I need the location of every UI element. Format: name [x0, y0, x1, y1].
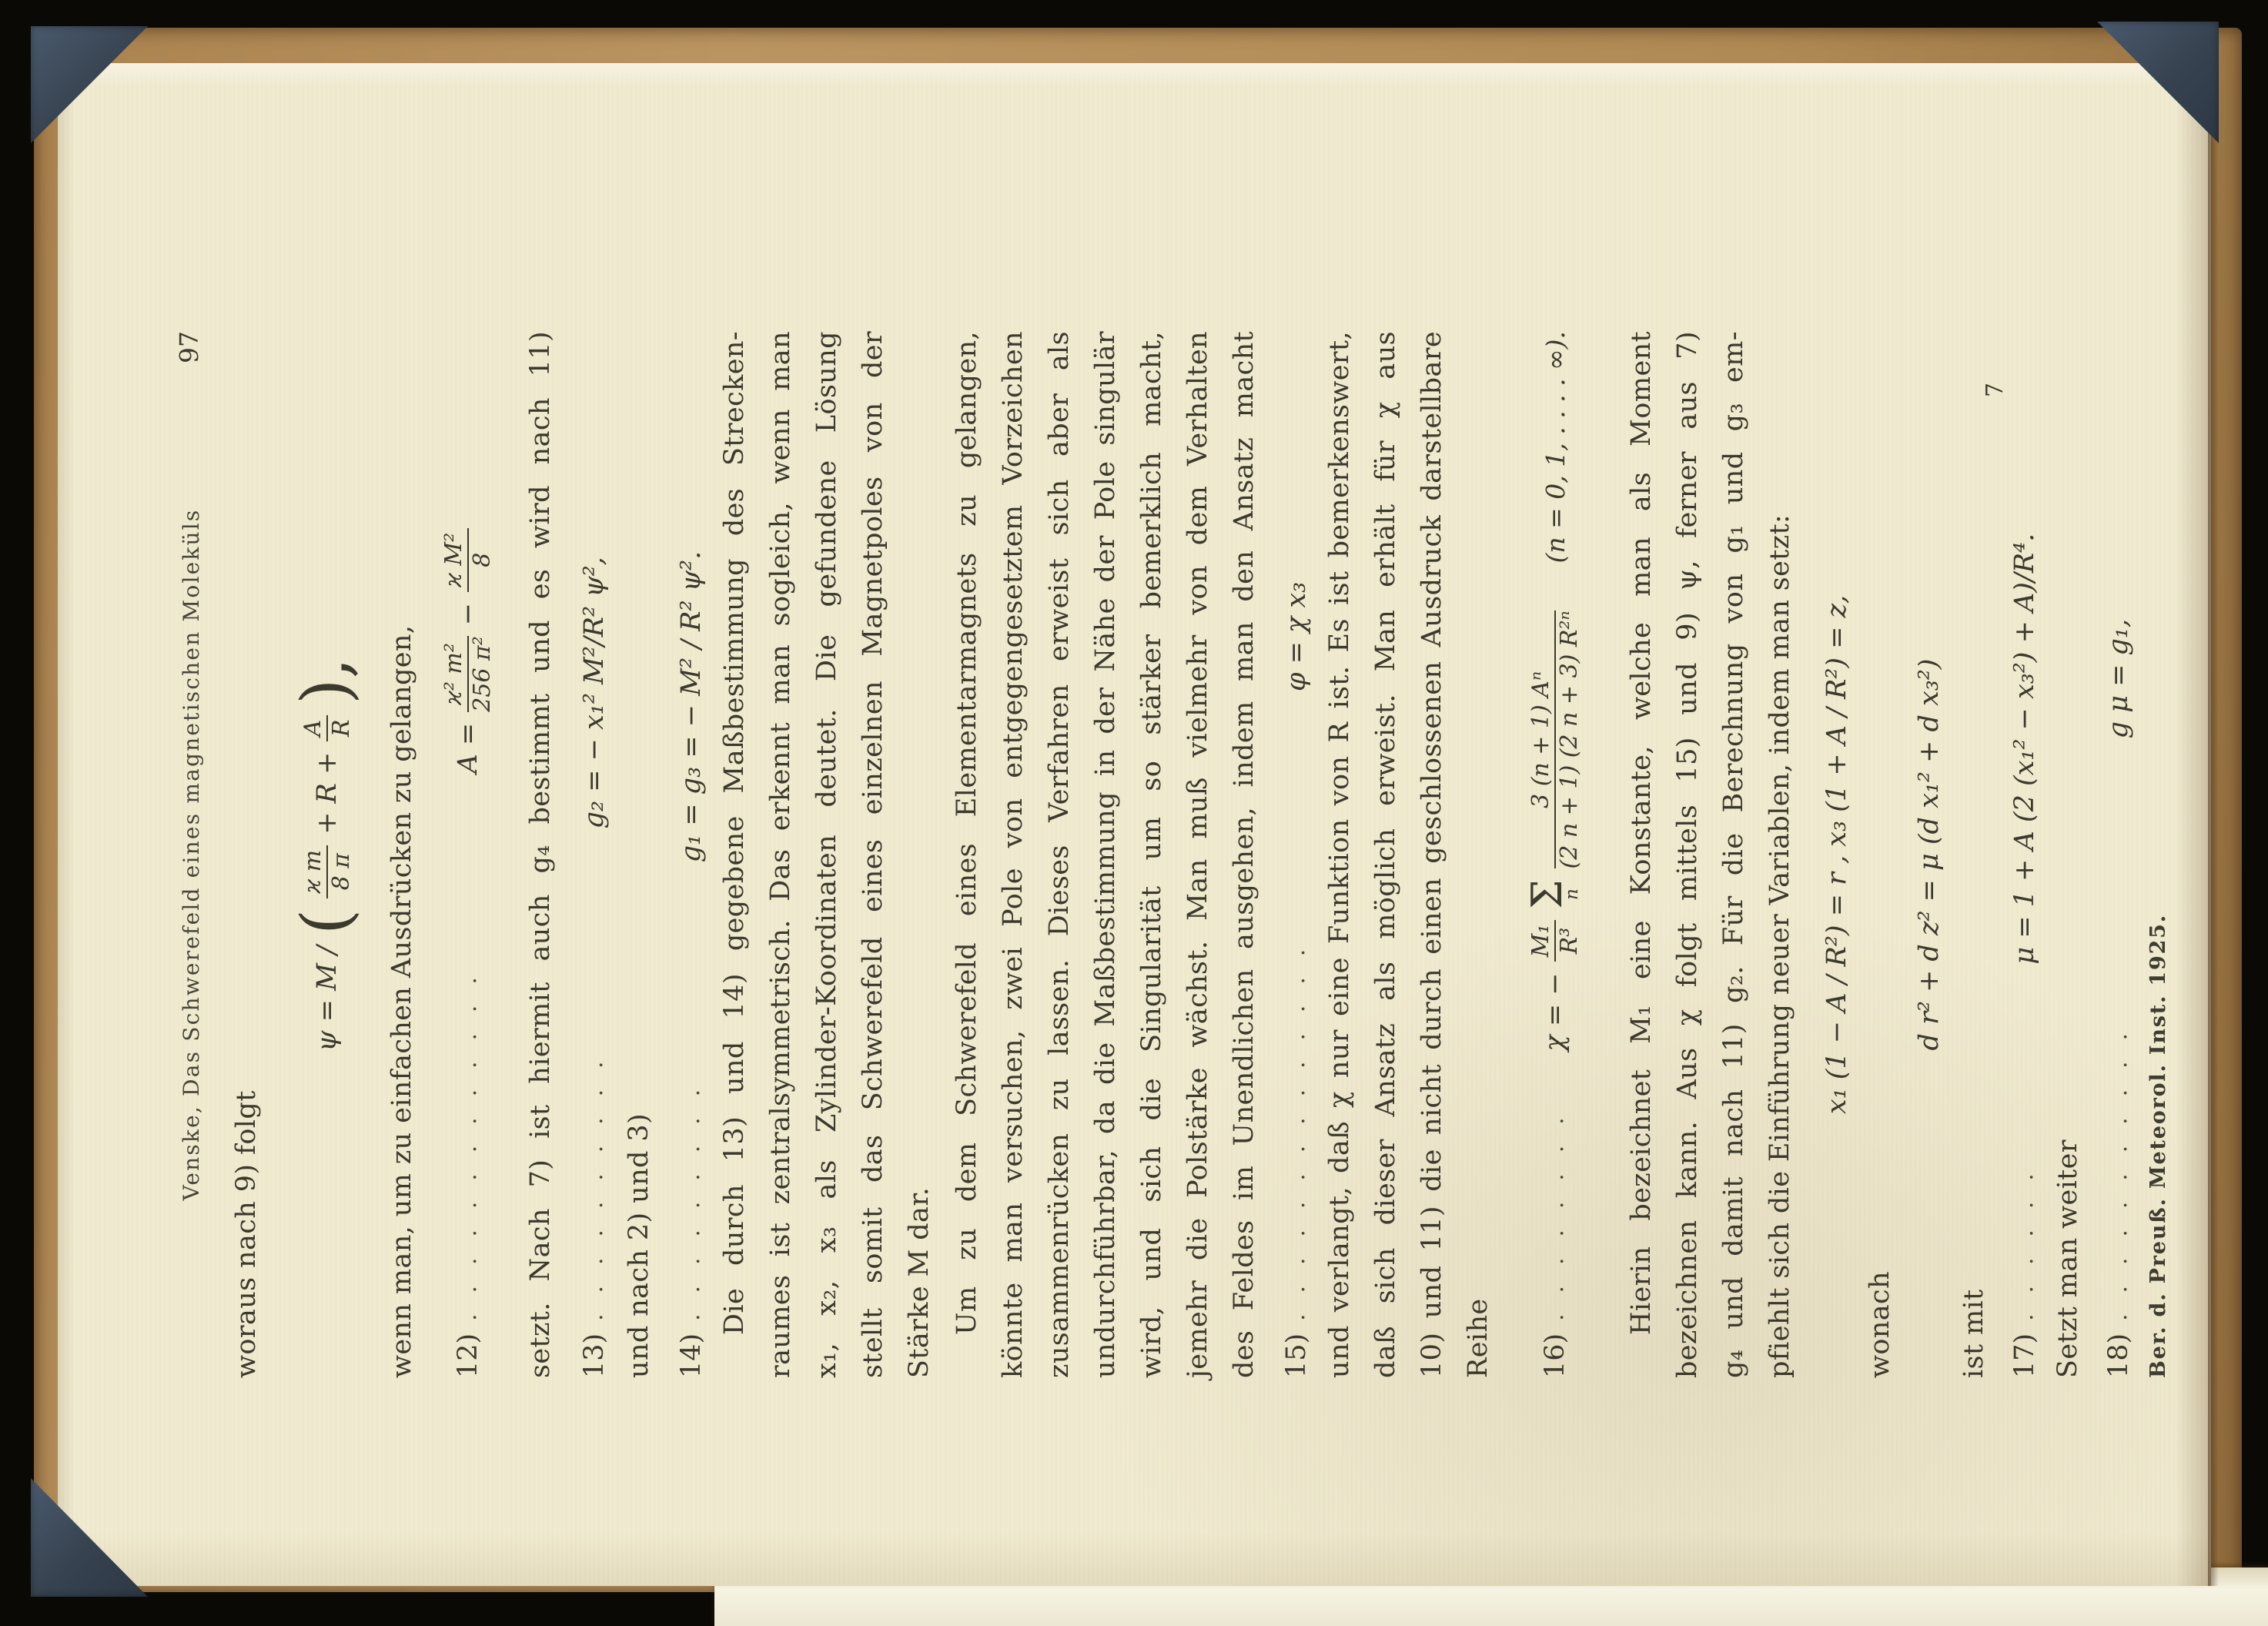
body-line: könnte man versuchen, zwei Pole von entg… — [996, 331, 1031, 1378]
equation-12: 12) . . . . . . . . . . . . . A = ϰ² m²2… — [422, 331, 514, 1378]
equation-label: 14) — [676, 1333, 707, 1378]
body-line: Die durch 13) und 14) gegebene Maßbestim… — [718, 331, 752, 1378]
equation-label: 18) — [2103, 1333, 2134, 1378]
running-head-title: Venske, Das Schwerefeld eines magnetisch… — [179, 331, 204, 1378]
body-line: undurchführbar, da die Maßbestimmung in … — [1089, 331, 1123, 1378]
equation-15: 15) . . . . . . . . . . . . . . φ = χ x₃ — [1275, 331, 1318, 1378]
body-line: stellt somit das Schwerefeld eines einze… — [856, 331, 891, 1378]
body-line: wird, und sich die Singularität um so st… — [1135, 331, 1169, 1378]
equation-18: 18) . . . . . . . . . . . g μ = g₁, — [2097, 331, 2140, 1378]
body-line: des Feldes im Unendlichen ausgehen, inde… — [1227, 331, 1262, 1378]
body-line: Setzt man weiter — [2051, 331, 2086, 1378]
body-line: wenn man, um zu einfachen Ausdrücken zu … — [385, 331, 420, 1378]
equation-17: 17) . . . . . . μ = 1 + A (2 (x₁² − x₃²)… — [2003, 331, 2046, 1378]
body-line: Stärke M dar. — [902, 331, 937, 1378]
body-line: woraus nach 9) folgt — [229, 331, 264, 1378]
body-line: 10) und 11) die nicht durch einen geschl… — [1415, 331, 1450, 1378]
equation-14: 14) . . . . . . . . . g₁ = g₃ = − M² / R… — [670, 331, 713, 1378]
equation-16-range: (n = 0, 1, . . . . ∞). — [1540, 331, 1571, 563]
equation-leader-dots: . . . . . . . . — [1542, 1111, 1568, 1321]
equation-leader-dots: . . . . . . . . . . . . . . — [1283, 942, 1310, 1321]
body-line: x₁, x₂, x₃ als Zylinder-Koordinaten deut… — [810, 331, 845, 1378]
page-content-rotated: Venske, Das Schwerefeld eines magnetisch… — [0, 0, 2268, 1626]
body-line: Hierin bezeichnet M₁ eine Konstante, wel… — [1624, 331, 1659, 1378]
equation-leader-dots: . . . . . . . . . . . — [2106, 1026, 2132, 1321]
fraction: 3 (n + 1) Aⁿ(2 n + 1) (2 n + 3) R²ⁿ — [1527, 611, 1584, 868]
equation-13: 13) . . . . . . . . . . g₂ = − x₁² M²/R²… — [573, 331, 616, 1378]
body-line: und nach 2) und 3) — [622, 331, 657, 1378]
body-line: daß sich dieser Ansatz als möglich erwei… — [1369, 331, 1403, 1378]
fraction: AR — [299, 715, 356, 741]
paren-close: ), — [297, 657, 356, 704]
signature-mark: 7 — [1982, 383, 2009, 397]
equation-label: 13) — [579, 1333, 610, 1378]
body-line: bezeichnen kann. Aus χ folgt mittels 15)… — [1671, 331, 1705, 1378]
body-line: zusammenrücken zu lassen. Dieses Verfahr… — [1042, 331, 1077, 1378]
body-line: Um zu dem Schwerefeld eines Elementarmag… — [950, 331, 985, 1378]
equation-psi: ψ = M / ( ϰ m8 π + R + AR ), — [279, 331, 376, 1378]
body-line: pfiehlt sich die Einführung neuer Variab… — [1763, 331, 1798, 1378]
equation-label: 16) — [1540, 1333, 1571, 1378]
fraction: ϰ M²8 — [440, 528, 497, 592]
summation-sign: Σn — [1530, 879, 1580, 908]
body-line: setzt. Nach 7) ist hiermit auch g₄ besti… — [524, 331, 558, 1378]
running-head: Venske, Das Schwerefeld eines magnetisch… — [179, 331, 204, 1378]
fraction: M₁R³ — [1527, 920, 1584, 962]
eq-psi-lhs: ψ = M / — [312, 945, 343, 1052]
equation-leader-dots: . . . . . . . . . . . . . — [455, 970, 481, 1320]
fraction: ϰ m8 π — [299, 845, 356, 898]
equation-label: 17) — [2009, 1333, 2040, 1378]
equation-leader-dots: . . . . . . . . . — [678, 1082, 704, 1321]
body-line: ist mit — [1957, 331, 1992, 1378]
footer-imprint: Ber. d. Preuß. Meteorol. Inst. 1925. — [2146, 914, 2170, 1378]
paren-open: ( — [297, 909, 356, 935]
equation-leader-dots: . . . . . . — [2012, 1166, 2038, 1320]
eq-psi-mid: + R + — [312, 752, 343, 835]
body-line: wonach — [1863, 331, 1898, 1378]
body-line: g₄ und damit nach 11) g₂. Für die Berech… — [1717, 331, 1751, 1378]
equation-dr: d r² + d z² = μ (d x₁² + d x₃²) — [1908, 331, 1951, 1378]
equation-label: 12) — [453, 1333, 483, 1378]
equation-16: 16) . . . . . . . . χ = − M₁R³ Σn 3 (n +… — [1495, 331, 1615, 1378]
body-line: und verlangt, daß χ nur eine Funktion vo… — [1323, 331, 1357, 1378]
equation-x1z: x₁ (1 − A / R²) = r , x₃ (1 + A / R²) = … — [1815, 331, 1858, 1378]
body-line: raumes ist zentralsymmetrisch. Das erken… — [764, 331, 798, 1378]
equation-leader-dots: . . . . . . . . . . — [581, 1055, 607, 1321]
body-line: Reihe — [1461, 331, 1496, 1378]
body-line: jemehr die Polstärke wächst. Man muß vie… — [1181, 331, 1216, 1378]
fraction: ϰ² m²256 π² — [440, 636, 497, 712]
equation-label: 15) — [1281, 1333, 1312, 1378]
page-number: 97 — [174, 331, 204, 363]
